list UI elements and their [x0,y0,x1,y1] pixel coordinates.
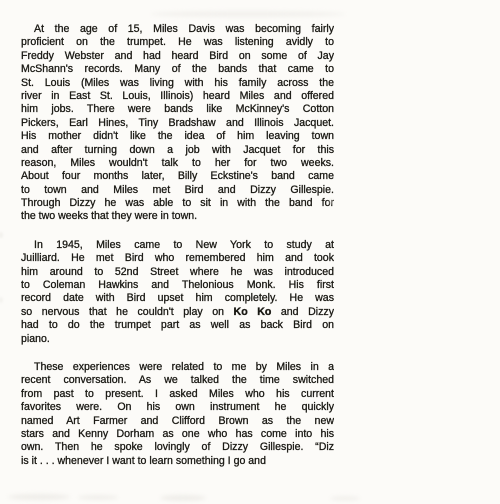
scan-artifact [0,232,3,238]
bold-text: Ko Ko [234,306,272,318]
scan-artifact [330,496,360,501]
text-segment: His mother didn't like the idea of him l… [21,130,334,142]
text-segment: to town and Miles met Bird and Dizzy Gil… [21,184,334,196]
text-line: proficient on the trumpet. He was listen… [21,36,334,49]
text-line: At the age of 15, Miles Davis was becomi… [21,23,334,36]
text-line: Pickers, Earl Hines, Tiny Bradshaw and I… [21,117,334,130]
text-line: him around to 52nd Street where he was i… [21,266,334,279]
text-line: Freddy Webster and had heard Bird on som… [21,50,334,63]
text-line: His mother didn't like the idea of him l… [21,130,334,143]
text-line: is it . . . whenever I want to learn som… [21,455,334,468]
scan-artifact [160,495,206,501]
document-text: At the age of 15, Miles Davis was becomi… [21,23,334,483]
text-segment: These experiences were related to me by … [34,361,334,373]
text-segment: named Art Farmer and Clifford Brown as t… [21,415,334,427]
text-segment: Through Dizzy he was able to sit in with… [21,197,334,209]
text-segment: proficient on the trumpet. He was listen… [21,36,334,48]
text-line: About four months later, Billy Eckstine'… [21,170,334,183]
text-segment: Pickers, Earl Hines, Tiny Bradshaw and I… [21,117,334,129]
text-line: record date with Bird upset him complete… [21,292,334,305]
text-segment: the two weeks that they were in town. [21,210,197,222]
text-segment: had to do the trumpet part as well as ba… [21,319,334,331]
scan-artifact [8,494,70,500]
text-segment: is it . . . whenever I want to learn som… [21,455,266,467]
paragraph: These experiences were related to me by … [21,361,334,468]
text-segment: him around to 52nd Street where he was i… [21,266,334,278]
text-line: St. Louis (Miles was living with his fam… [21,77,334,90]
text-segment: and after turning down a job with Jacque… [21,144,334,156]
text-segment: own. Then he spoke lovingly of Dizzy Gil… [21,441,334,453]
text-segment: McShann's records. Many of the bands tha… [21,63,334,75]
paragraph: At the age of 15, Miles Davis was becomi… [21,23,334,224]
text-segment: Juilliard. He met Bird who remembered hi… [21,252,334,264]
paragraph: In 1945, Miles came to New York to study… [21,239,334,346]
text-line: piano. [21,333,334,346]
scan-artifact [78,495,118,500]
text-line: to Coleman Hawkins and Thelonious Monk. … [21,279,334,292]
text-segment: record date with Bird upset him complete… [21,292,334,304]
text-line: stars and Kenny Dorham as one who has co… [21,428,334,441]
text-line: These experiences were related to me by … [21,361,334,374]
text-line: so nervous that he couldn't play on Ko K… [21,306,334,319]
text-line: had to do the trumpet part as well as ba… [21,319,334,332]
scan-artifact [0,297,3,303]
text-segment: St. Louis (Miles was living with his fam… [21,77,334,89]
text-line: recent conversation. As we talked the ti… [21,374,334,387]
text-segment: About four months later, Billy Eckstine'… [21,170,334,182]
text-segment: to Coleman Hawkins and Thelonious Monk. … [21,279,334,291]
text-segment: At the age of 15, Miles Davis was becomi… [34,23,334,35]
text-line: to town and Miles met Bird and Dizzy Gil… [21,184,334,197]
text-line: In 1945, Miles came to New York to study… [21,239,334,252]
text-segment: In 1945, Miles came to New York to study… [34,239,334,251]
text-line: reason, Miles wouldn't talk to her for t… [21,157,334,170]
text-line: own. Then he spoke lovingly of Dizzy Gil… [21,441,334,454]
text-segment: stars and Kenny Dorham as one who has co… [21,428,334,440]
text-segment: favorites were. On his own instrument he… [21,401,334,413]
text-line: Through Dizzy he was able to sit in with… [21,197,334,210]
text-line: and after turning down a job with Jacque… [21,144,334,157]
text-segment: recent conversation. As we talked the ti… [21,374,334,386]
text-line: the two weeks that they were in town. [21,210,334,223]
text-segment: him jobs. There were bands like McKinney… [21,103,334,115]
text-line: him jobs. There were bands like McKinney… [21,103,334,116]
text-segment: so nervous that he couldn't play on [21,306,234,318]
text-segment: piano. [21,333,50,345]
text-line: named Art Farmer and Clifford Brown as t… [21,415,334,428]
text-segment: river in East St. Louis, Illinois) heard… [21,90,334,102]
text-segment: reason, Miles wouldn't talk to her for t… [21,157,334,169]
text-line: McShann's records. Many of the bands tha… [21,63,334,76]
text-segment: from past to present. I asked Miles who … [21,388,334,400]
text-line: Juilliard. He met Bird who remembered hi… [21,252,334,265]
scan-artifact [150,11,345,17]
text-segment: and Dizzy [271,306,334,318]
text-line: river in East St. Louis, Illinois) heard… [21,90,334,103]
text-segment: Freddy Webster and had heard Bird on som… [21,50,334,62]
text-line: from past to present. I asked Miles who … [21,388,334,401]
text-line: favorites were. On his own instrument he… [21,401,334,414]
